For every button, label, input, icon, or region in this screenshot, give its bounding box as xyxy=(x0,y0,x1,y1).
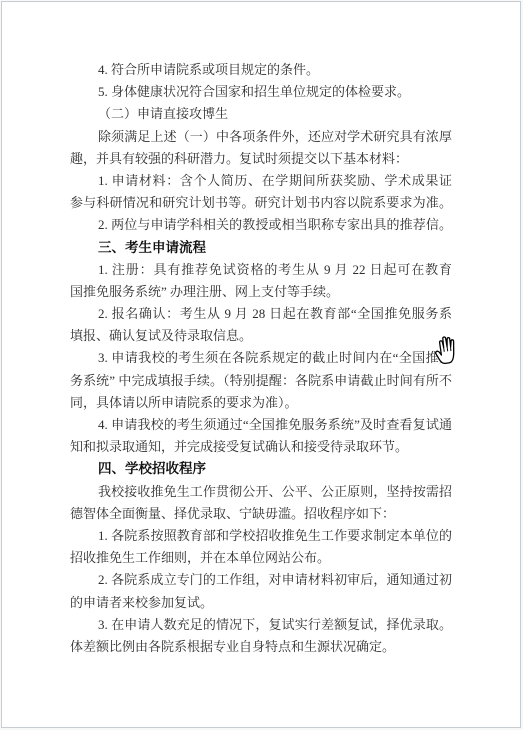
text-line: 同，具体请以所申请院系的要求为准）。 xyxy=(70,392,452,414)
text-line: 5. 身体健康状况符合国家和招生单位规定的体检要求。 xyxy=(70,81,452,103)
text-line: 2. 各院系成立专门的工作组，对申请材料初审后，通知通过初审 xyxy=(70,569,452,591)
text-line: 4. 申请我校的考生须通过“全国推免服务系统”及时查看复试通 xyxy=(70,414,452,436)
text-line: 趣，并具有较强的科研潜力。复试时须提交以下基本材料： xyxy=(70,148,452,170)
text-line: 德智体全面衡量、择优录取、宁缺毋滥。招收程序如下： xyxy=(70,503,452,525)
text-line: 国推免服务系统” 办理注册、网上支付等手续。 xyxy=(70,281,452,303)
text-line: 填报、确认复试及待录取信息。 xyxy=(70,325,452,347)
text-line: 3. 申请我校的考生须在各院系规定的截止时间内在“全国推免服 xyxy=(70,347,452,369)
text-line: 除须满足上述（一）中各项条件外，还应对学术研究具有浓厚兴 xyxy=(70,126,452,148)
text-line: 2. 两位与申请学科相关的教授或相当职称专家出具的推荐信。 xyxy=(70,214,452,236)
text-line: 1. 注册：具有推荐免试资格的考生从 9 月 22 日起可在教育部“全 xyxy=(70,259,452,281)
text-line: 4. 符合所申请院系或项目规定的条件。 xyxy=(70,59,452,81)
section-heading: 四、学校招收程序 xyxy=(70,458,452,480)
text-line: 务系统” 中完成填报手续。（特别提醒：各院系申请截止时间有所不 xyxy=(70,370,452,392)
section-heading: 三、考生申请流程 xyxy=(70,237,452,259)
document-text-block: 4. 符合所申请院系或项目规定的条件。5. 身体健康状况符合国家和招生单位规定的… xyxy=(70,59,452,658)
document-page: 4. 符合所申请院系或项目规定的条件。5. 身体健康状况符合国家和招生单位规定的… xyxy=(1,1,521,728)
text-line: 3. 在申请人数充足的情况下，复试实行差额复试，择优录取。具 xyxy=(70,614,452,636)
text-line: 知和拟录取通知，并完成接受复试确认和接受待录取环节。 xyxy=(70,436,452,458)
text-line: 体差额比例由各院系根据专业自身特点和生源状况确定。 xyxy=(70,636,452,658)
text-line: 参与科研情况和研究计划书等。研究计划书内容以院系要求为准。 xyxy=(70,192,452,214)
text-line: 招收推免生工作细则，并在本单位网站公布。 xyxy=(70,547,452,569)
text-line: 的申请者来校参加复试。 xyxy=(70,592,452,614)
text-line: 我校接收推免生工作贯彻公开、公平、公正原则，坚持按需招生、 xyxy=(70,481,452,503)
text-line: 1. 申请材料：含个人简历、在学期间所获奖励、学术成果证明、 xyxy=(70,170,452,192)
text-line: 1. 各院系按照教育部和学校招收推免生工作要求制定本单位的 xyxy=(70,525,452,547)
text-line: 2. 报名确认：考生从 9 月 28 日起在教育部“全国推免服务系统” xyxy=(70,303,452,325)
text-line: （二）申请直接攻博生 xyxy=(70,103,452,125)
